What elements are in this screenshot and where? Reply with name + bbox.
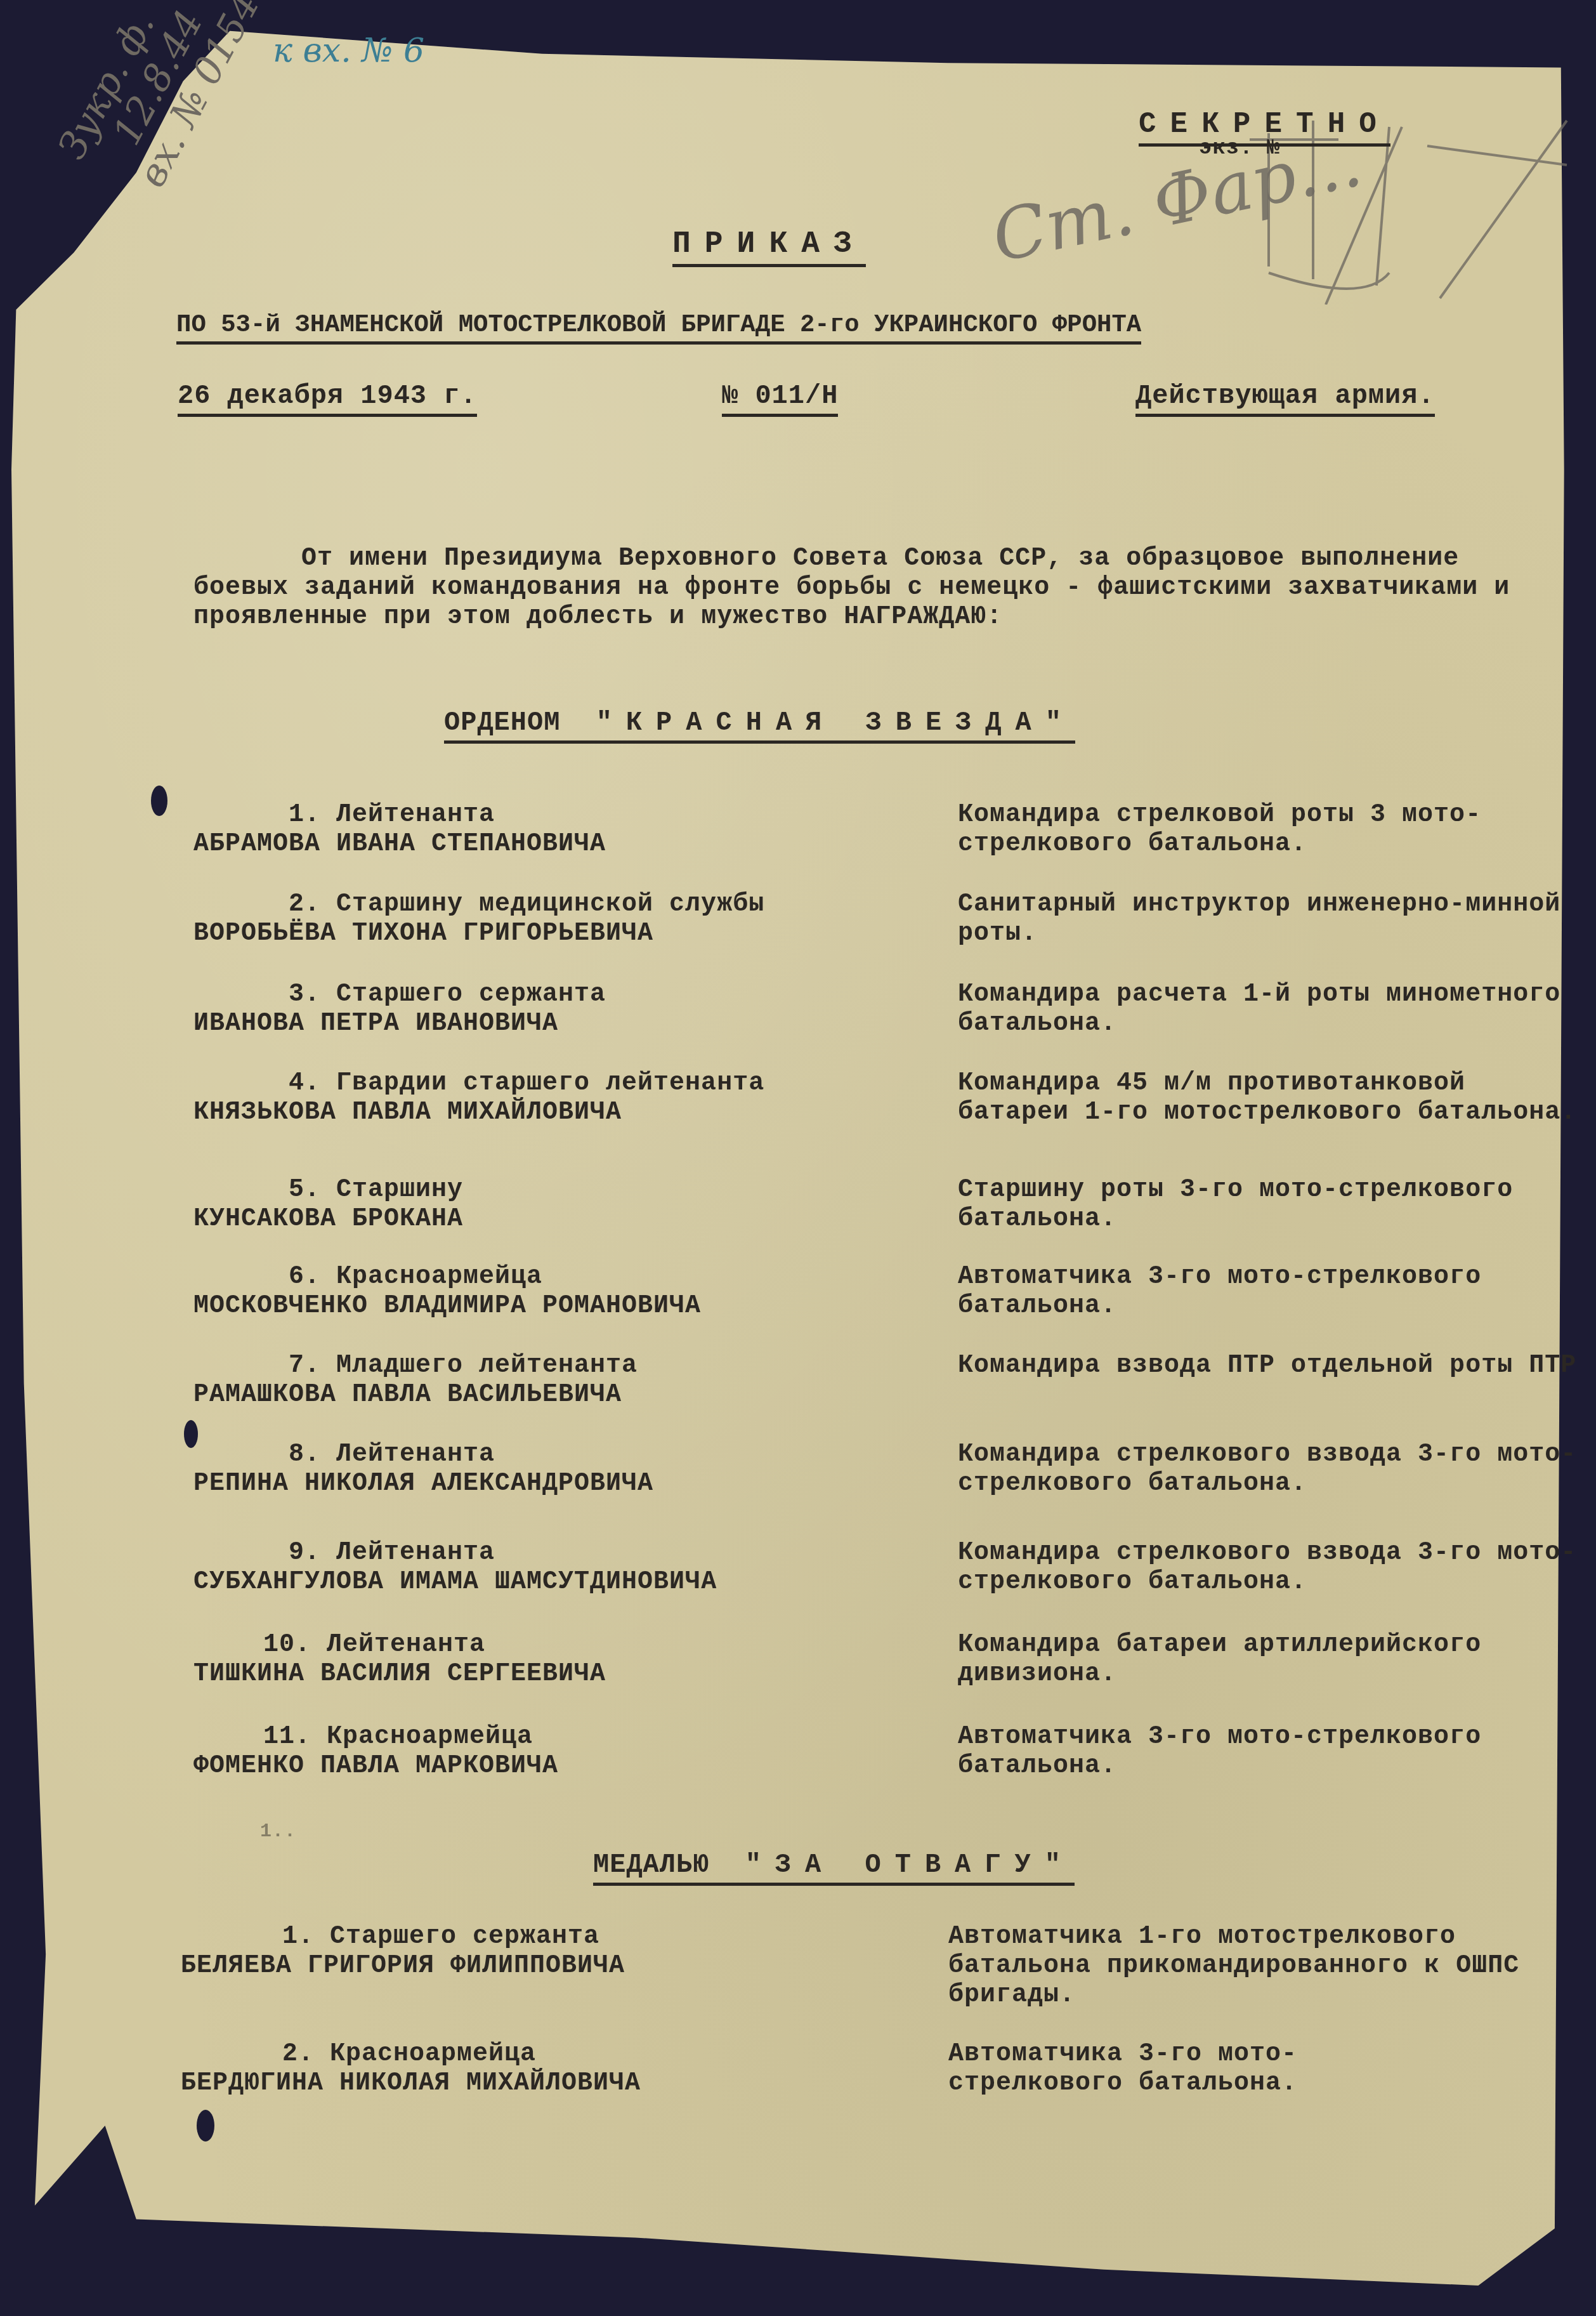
recipient-entry: 9. Лейтенанта СУБХАНГУЛОВА ИМАМА ШАМСУТД… — [193, 1539, 717, 1597]
order-location: Действующая армия. — [1135, 381, 1435, 417]
recipient-role: Старшину роты 3-го мото-стрелкового бата… — [958, 1176, 1592, 1234]
recipient-entry: 2. Старшину медицинской службы ВОРОБЬЁВА… — [193, 890, 764, 949]
punch-hole — [197, 2110, 214, 2142]
recipient-role: Автоматчика 3-го мото-стрелкового баталь… — [958, 1263, 1592, 1321]
recipient-role: Командира расчета 1-й роты минометного б… — [958, 980, 1592, 1039]
recipient-role: Командира стрелкового взвода 3-го мото-с… — [958, 1539, 1592, 1597]
document-title: ПРИКАЗ — [672, 227, 866, 267]
recipient-rank: 2. Старшину медицинской службы — [193, 890, 764, 919]
recipient-role: Командира 45 м/м противотанковой батареи… — [958, 1069, 1592, 1128]
recipient-entry: 1. Старшего сержанта БЕЛЯЕВА ГРИГОРИЯ ФИ… — [181, 1923, 625, 1981]
recipient-role: Командира стрелковой роты 3 мото-стрелко… — [958, 801, 1592, 859]
section-heading-red-star: ОРДЕНОМ "КРАСНАЯ ЗВЕЗДА" — [444, 707, 1075, 744]
recipient-name: ФОМЕНКО ПАВЛА МАРКОВИЧА — [193, 1752, 558, 1781]
recipient-entry: 10. Лейтенанта ТИШКИНА ВАСИЛИЯ СЕРГЕЕВИЧ… — [193, 1631, 606, 1689]
handwritten-incoming-note: к вх. № 6 — [273, 32, 424, 70]
recipient-role: Автоматчика 3-го мото-стрелкового баталь… — [958, 1723, 1592, 1781]
recipient-rank: 9. Лейтенанта — [193, 1539, 717, 1568]
recipient-name: МОСКОВЧЕНКО ВЛАДИМИРА РОМАНОВИЧА — [193, 1292, 701, 1321]
recipient-entry: 11. Красноармейца ФОМЕНКО ПАВЛА МАРКОВИЧ… — [193, 1723, 558, 1781]
stray-typed-mark: 1.. — [260, 1821, 296, 1843]
recipient-name: РЕПИНА НИКОЛАЯ АЛЕКСАНДРОВИЧА — [193, 1470, 653, 1499]
recipient-rank: 11. Красноармейца — [193, 1723, 558, 1752]
recipient-entry: 8. Лейтенанта РЕПИНА НИКОЛАЯ АЛЕКСАНДРОВ… — [193, 1440, 653, 1499]
order-number: № 011/Н — [722, 381, 838, 417]
recipient-name: БЕРДЮГИНА НИКОЛАЯ МИХАЙЛОВИЧА — [181, 2069, 641, 2098]
recipient-entry: 3. Старшего сержанта ИВАНОВА ПЕТРА ИВАНО… — [193, 980, 606, 1039]
recipient-name: ИВАНОВА ПЕТРА ИВАНОВИЧА — [193, 1010, 606, 1039]
recipient-role: Командира взвода ПТР отдельной роты ПТР — [958, 1352, 1592, 1381]
punch-hole — [151, 786, 167, 816]
award-prefix: МЕДАЛЬЮ — [593, 1850, 709, 1880]
recipient-entry: 6. Красноармейца МОСКОВЧЕНКО ВЛАДИМИРА Р… — [193, 1263, 701, 1321]
recipient-role: Автоматчика 1-го мотострелкового батальо… — [948, 1923, 1583, 2010]
recipient-rank: 3. Старшего сержанта — [193, 980, 606, 1010]
recipient-name: ТИШКИНА ВАСИЛИЯ СЕРГЕЕВИЧА — [193, 1660, 606, 1689]
recipient-role: Командира стрелкового взвода 3-го мото-с… — [958, 1440, 1592, 1499]
recipient-role: Автоматчика 3-го мото-стрелкового баталь… — [948, 2040, 1430, 2098]
recipient-rank: 8. Лейтенанта — [193, 1440, 653, 1470]
recipient-rank: 6. Красноармейца — [193, 1263, 701, 1292]
recipient-rank: 4. Гвардии старшего лейтенанта — [193, 1069, 764, 1098]
recipient-name: КНЯЗЬКОВА ПАВЛА МИХАЙЛОВИЧА — [193, 1098, 764, 1128]
recipient-role: Командира батареи артиллерийского дивизи… — [958, 1631, 1592, 1689]
recipient-entry: 4. Гвардии старшего лейтенанта КНЯЗЬКОВА… — [193, 1069, 764, 1128]
recipient-name: КУНСАКОВА БРОКАНА — [193, 1205, 463, 1234]
recipient-rank: 1. Лейтенанта — [193, 801, 606, 830]
order-date: 26 декабря 1943 г. — [178, 381, 477, 417]
award-name: "ЗА ОТВАГУ" — [745, 1850, 1075, 1880]
section-heading-for-courage: МЕДАЛЬЮ "ЗА ОТВАГУ" — [593, 1850, 1075, 1886]
recipient-name: СУБХАНГУЛОВА ИМАМА ШАМСУТДИНОВИЧА — [193, 1568, 717, 1597]
recipient-rank: 2. Красноармейца — [181, 2040, 641, 2069]
recipient-rank: 5. Старшину — [193, 1176, 463, 1205]
recipient-name: ВОРОБЬЁВА ТИХОНА ГРИГОРЬЕВИЧА — [193, 919, 764, 949]
recipient-entry: 5. Старшину КУНСАКОВА БРОКАНА — [193, 1176, 463, 1234]
recipient-name: АБРАМОВА ИВАНА СТЕПАНОВИЧА — [193, 830, 606, 859]
document-subtitle: ПО 53-й ЗНАМЕНСКОЙ МОТОСТРЕЛКОВОЙ БРИГАД… — [176, 311, 1141, 345]
recipient-rank: 10. Лейтенанта — [193, 1631, 606, 1660]
recipient-entry: 1. Лейтенанта АБРАМОВА ИВАНА СТЕПАНОВИЧА — [193, 801, 606, 859]
recipient-entry: 7. Младшего лейтенанта РАМАШКОВА ПАВЛА В… — [193, 1352, 638, 1410]
recipient-name: БЕЛЯЕВА ГРИГОРИЯ ФИЛИППОВИЧА — [181, 1952, 625, 1981]
award-name: "КРАСНАЯ ЗВЕЗДА" — [596, 707, 1075, 738]
recipient-entry: 2. Красноармейца БЕРДЮГИНА НИКОЛАЯ МИХАЙ… — [181, 2040, 641, 2098]
recipient-role: Санитарный инструктор инженерно-минной р… — [958, 890, 1592, 949]
recipient-name: РАМАШКОВА ПАВЛА ВАСИЛЬЕВИЧА — [193, 1381, 638, 1410]
copy-number-label: экз. № — [1199, 136, 1280, 161]
recipient-rank: 1. Старшего сержанта — [181, 1923, 625, 1952]
preamble-paragraph: От имени Президиума Верховного Совета Со… — [193, 544, 1526, 632]
award-prefix: ОРДЕНОМ — [444, 707, 560, 738]
recipient-rank: 7. Младшего лейтенанта — [193, 1352, 638, 1381]
